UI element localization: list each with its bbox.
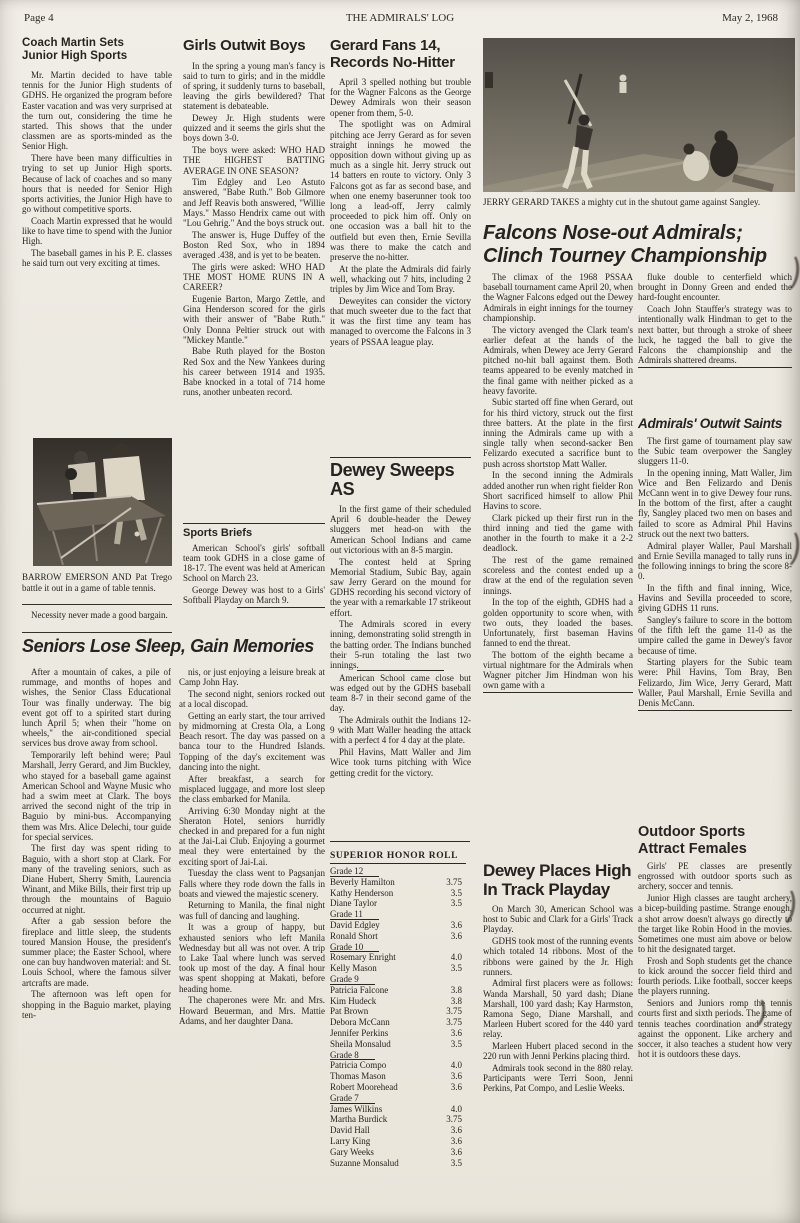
- honor-roll-row: Debora McCann 3.75: [330, 1017, 470, 1028]
- table-tennis-photo: [33, 438, 172, 566]
- paragraph: The contest held at Spring Memorial Stad…: [330, 557, 471, 618]
- table-tennis-caption: BARROW EMERSON AND Pat Trego battle it o…: [22, 572, 172, 593]
- honor-roll-row: Beverly Hamilton 3.75: [330, 877, 470, 888]
- headline-line: Attract Females: [638, 841, 792, 858]
- student-gpa: 3.8: [451, 985, 470, 996]
- honor-roll-row: Grade 7: [330, 1093, 470, 1104]
- honor-roll-row: Kim Hudeck 3.8: [330, 996, 470, 1007]
- paragraph: Returning to Manila, the final night was…: [179, 900, 325, 920]
- paragraph: Eugenie Barton, Margo Zettle, and Gina H…: [183, 294, 325, 345]
- headline-falcons: Falcons Nose-out Admirals; Clinch Tourne…: [483, 222, 795, 268]
- headline-line: Outdoor Sports: [638, 824, 792, 841]
- article-body: Girls' PE classes are presently engrosse…: [638, 861, 792, 1059]
- paragraph: Girls' PE classes are presently engrosse…: [638, 861, 792, 892]
- paragraph: The rest of the game remained scoreless …: [483, 555, 633, 596]
- paragraph: After a mountain of cakes, a pile of rum…: [22, 667, 171, 749]
- honor-roll-row: Martha Burdick 3.75: [330, 1114, 470, 1125]
- article-admirals-outwit: Admirals' Outwit Saints The first game o…: [638, 414, 792, 820]
- student-name: Patricia Falcone: [330, 985, 388, 996]
- article-coach-martin: Coach Martin Sets Junior High Sports Mr.…: [22, 36, 172, 436]
- article-outdoor-sports: Outdoor Sports Attract Females Girls' PE…: [638, 822, 792, 1218]
- honor-roll-row: Kelly Mason 3.5: [330, 963, 470, 974]
- honor-roll-row: David Hall 3.6: [330, 1125, 470, 1136]
- student-name: Robert Moorehead: [330, 1082, 398, 1093]
- student-gpa: 3.6: [451, 920, 470, 931]
- rule-divider: [638, 710, 792, 711]
- student-name: Suzanne Monsalud: [330, 1158, 399, 1169]
- headline-line: In Track Playday: [483, 880, 633, 899]
- honor-roll-row: Grade 8: [330, 1050, 470, 1061]
- rule-divider: [237, 607, 325, 608]
- student-gpa: 3.5: [451, 888, 470, 899]
- headline-dewey-sweeps: Dewey Sweeps AS: [330, 461, 471, 499]
- paragraph: Dewey Jr. High students were quizzed and…: [183, 113, 325, 144]
- paragraph: The boys were asked: WHO HAD THE HIGHEST…: [183, 145, 325, 176]
- honor-roll-row: Gary Weeks 3.6: [330, 1147, 470, 1158]
- student-name: Grade 9: [330, 974, 375, 985]
- headline-line: Junior High Sports: [22, 50, 172, 63]
- paragraph: nis, or just enjoying a leisure break at…: [179, 667, 325, 687]
- article-gerard-fans: Gerard Fans 14, Records No-Hitter April …: [330, 36, 471, 456]
- student-name: Grade 11: [330, 909, 379, 920]
- student-gpa: 3.5: [451, 1158, 470, 1169]
- article-body: Mr. Martin decided to have table tennis …: [22, 70, 172, 268]
- honor-roll-row: Diane Taylor 3.5: [330, 898, 470, 909]
- headline-admirals-outwit: Admirals' Outwit Saints: [638, 416, 792, 432]
- headline-line: Coach Martin Sets: [22, 37, 172, 50]
- baseball-caption: JERRY GERARD TAKES a mighty cut in the s…: [483, 197, 793, 208]
- paragraph: On March 30, American School was host to…: [483, 904, 633, 935]
- paragraph: At the plate the Admirals did fairly wel…: [330, 264, 471, 295]
- student-name: Beverly Hamilton: [330, 877, 395, 888]
- paragraph: fluke double to centerfield which brough…: [638, 272, 792, 303]
- article-body: American School's girls' softball team t…: [183, 543, 325, 606]
- paragraph: Arriving 6:30 Monday night at the Sherat…: [179, 806, 325, 867]
- paragraph: Coach Martin expressed that he would lik…: [22, 216, 172, 247]
- seniors-right-column: nis, or just enjoying a leisure break at…: [179, 667, 325, 1027]
- student-gpa: 3.5: [451, 1039, 470, 1050]
- paragraph: It was a group of happy, but exhausted s…: [179, 922, 325, 993]
- honor-roll-row: Grade 10: [330, 942, 470, 953]
- rule-divider: [483, 692, 633, 693]
- rule-divider: [330, 841, 470, 842]
- paragraph: In the opening inning, Matt Waller, Jim …: [638, 468, 792, 539]
- headline-girls-outwit: Girls Outwit Boys: [183, 38, 325, 55]
- honor-roll-row: Rosemary Enright 4.0: [330, 952, 470, 963]
- honor-roll-row: Patricia Compo 4.0: [330, 1060, 470, 1071]
- student-gpa: 3.6: [451, 1136, 470, 1147]
- paragraph: Frosh and Soph students get the chance t…: [638, 956, 792, 997]
- article-falcons-left: The climax of the 1968 PSSAA baseball to…: [483, 272, 633, 858]
- honor-roll-title: SUPERIOR HONOR ROLL: [330, 850, 466, 864]
- baseball-photo: [483, 38, 795, 192]
- student-name: Gary Weeks: [330, 1147, 374, 1158]
- rule-divider: [22, 632, 172, 633]
- paragraph: Clark picked up their first run in the t…: [483, 513, 633, 554]
- honor-roll-row: Grade 12: [330, 866, 470, 877]
- student-name: Grade 8: [330, 1050, 375, 1061]
- paragraph: The climax of the 1968 PSSAA baseball to…: [483, 272, 633, 323]
- student-name: Jennifer Perkins: [330, 1028, 388, 1039]
- seniors-columns: After a mountain of cakes, a pile of rum…: [22, 667, 325, 1027]
- headline-line: Dewey Places High: [483, 861, 633, 880]
- honor-roll-row: Patricia Falcone 3.8: [330, 985, 470, 996]
- filler-note: Necessity never made a good bargain.: [22, 610, 172, 621]
- student-name: Diane Taylor: [330, 898, 377, 909]
- issue-date: May 2, 1968: [722, 12, 778, 24]
- paragraph: Subic started off fine when Gerard, out …: [483, 397, 633, 468]
- paragraph: In the first game of their scheduled Apr…: [330, 504, 471, 555]
- paragraph: Babe Ruth played for the Boston Red Sox …: [183, 346, 325, 397]
- student-name: Pat Brown: [330, 1006, 368, 1017]
- paragraph: In the fifth and final inning, Wice, Hav…: [638, 583, 792, 614]
- honor-roll-row: Ronald Short 3.6: [330, 931, 470, 942]
- article-girls-outwit: Girls Outwit Boys In the spring a young …: [183, 36, 325, 522]
- article-body: In the spring a young man's fancy is sai…: [183, 61, 325, 398]
- headline-seniors: Seniors Lose Sleep, Gain Memories: [22, 634, 325, 658]
- student-gpa: 4.0: [451, 952, 470, 963]
- paragraph: After a gab session before the fireplace…: [22, 916, 171, 987]
- student-gpa: 4.0: [451, 1060, 470, 1071]
- paragraph: The baseball games in his P. E. classes …: [22, 248, 172, 268]
- student-name: James Wilkins: [330, 1104, 382, 1115]
- honor-roll-row: Kathy Henderson 3.5: [330, 888, 470, 899]
- paragraph: In the spring a young man's fancy is sai…: [183, 61, 325, 112]
- paragraph: Starting players for the Subic team were…: [638, 657, 792, 708]
- student-name: Rosemary Enright: [330, 952, 396, 963]
- student-gpa: 3.75: [446, 1114, 470, 1125]
- honor-roll-row: Pat Brown 3.75: [330, 1006, 470, 1017]
- paragraph: The victory avenged the Clark team's ear…: [483, 325, 633, 396]
- honor-roll-row: Larry King 3.6: [330, 1136, 470, 1147]
- paragraph: In the top of the eighth, GDHS had a gol…: [483, 597, 633, 648]
- student-name: Larry King: [330, 1136, 370, 1147]
- paragraph: April 3 spelled nothing but trouble for …: [330, 77, 471, 118]
- article-body: In the first game of their scheduled Apr…: [330, 504, 471, 778]
- headline-line: Records No-Hitter: [330, 55, 471, 72]
- student-gpa: 3.75: [446, 1006, 470, 1017]
- headline-line: Gerard Fans 14,: [330, 38, 471, 55]
- student-name: Patricia Compo: [330, 1060, 386, 1071]
- paragraph: In the second inning the Admirals added …: [483, 470, 633, 511]
- student-gpa: 3.6: [451, 1082, 470, 1093]
- paragraph: The first day was spent riding to Baguio…: [22, 843, 171, 914]
- student-name: Grade 7: [330, 1093, 375, 1104]
- article-seniors: Seniors Lose Sleep, Gain Memories After …: [22, 634, 325, 1220]
- student-gpa: 3.6: [451, 1147, 470, 1158]
- paragraph: Tim Edgley and Leo Astuto answered, "Bab…: [183, 177, 325, 228]
- paragraph: Admiral first placers were as follows: W…: [483, 978, 633, 1039]
- baseball-illustration: [483, 38, 795, 192]
- honor-roll-row: James Wilkins 4.0: [330, 1104, 470, 1115]
- honor-roll-row: Jennifer Perkins 3.6: [330, 1028, 470, 1039]
- student-name: Kathy Henderson: [330, 888, 393, 899]
- student-gpa: 3.5: [451, 963, 470, 974]
- paragraph: There have been many difficulties in try…: [22, 153, 172, 214]
- headline-gerard-fans: Gerard Fans 14, Records No-Hitter: [330, 38, 471, 71]
- rule-divider: [22, 604, 172, 605]
- headline-track-playday: Dewey Places High In Track Playday: [483, 861, 633, 899]
- paragraph: American School's girls' softball team t…: [183, 543, 325, 584]
- student-name: Martha Burdick: [330, 1114, 387, 1125]
- honor-roll-row: David Edgley 3.6: [330, 920, 470, 931]
- student-name: Grade 10: [330, 942, 379, 953]
- honor-roll-row: Thomas Mason 3.6: [330, 1071, 470, 1082]
- headline-line: Falcons Nose-out Admirals;: [483, 222, 795, 245]
- rule-divider: [330, 457, 471, 458]
- paragraph: American School came close but was edged…: [330, 673, 471, 714]
- paragraph: Temporarily left behind were; Paul Marsh…: [22, 750, 171, 842]
- paragraph: The Admirals scored in every inning, dem…: [330, 619, 471, 671]
- paragraph: The answer is, Huge Duffey of the Boston…: [183, 230, 325, 261]
- paragraph: The chaperones were Mr. and Mrs. Howard …: [179, 995, 325, 1026]
- student-name: Thomas Mason: [330, 1071, 386, 1082]
- rule-divider: [183, 523, 325, 524]
- paragraph: After breakfast, a search for misplaced …: [179, 774, 325, 805]
- headline-coach-martin: Coach Martin Sets Junior High Sports: [22, 37, 172, 63]
- paragraph: George Dewey was host to a Girls' Softba…: [183, 585, 325, 605]
- table-tennis-illustration: [33, 438, 172, 566]
- honor-roll-list: Grade 12 Beverly Hamilton 3.75 Kathy Hen…: [330, 866, 470, 1168]
- article-body: The climax of the 1968 PSSAA baseball to…: [483, 272, 633, 691]
- paragraph: Admiral player Waller, Paul Marshall and…: [638, 541, 792, 582]
- headline-outdoor-sports: Outdoor Sports Attract Females: [638, 824, 792, 857]
- article-falcons-right: fluke double to centerfield which brough…: [638, 272, 792, 412]
- student-name: Grade 12: [330, 866, 379, 877]
- student-name: David Edgley: [330, 920, 380, 931]
- article-sports-briefs: Sports Briefs American School's girls' s…: [183, 522, 325, 632]
- paragraph: The spotlight was on Admiral pitching ac…: [330, 119, 471, 262]
- student-name: Kim Hudeck: [330, 996, 376, 1007]
- paragraph: The second night, seniors rocked out at …: [179, 689, 325, 709]
- student-gpa: 3.6: [451, 1125, 470, 1136]
- student-gpa: 3.75: [446, 877, 470, 888]
- paragraph: Deweyites can consider the victory that …: [330, 296, 471, 347]
- headline-sports-briefs: Sports Briefs: [183, 527, 325, 540]
- article-body: April 3 spelled nothing but trouble for …: [330, 77, 471, 347]
- paragraph: Seniors and Juniors romp the tennis cour…: [638, 998, 792, 1059]
- paragraph: The bottom of the eighth became a virtua…: [483, 650, 633, 691]
- student-gpa: 3.6: [451, 931, 470, 942]
- paragraph: Getting an early start, the tour arrived…: [179, 711, 325, 772]
- paragraph: The girls were asked: WHO HAD THE MOST H…: [183, 262, 325, 293]
- paragraph: Mr. Martin decided to have table tennis …: [22, 70, 172, 152]
- paragraph: The first game of tournament play saw th…: [638, 436, 792, 467]
- student-gpa: 3.6: [451, 1071, 470, 1082]
- honor-roll-row: Sheila Monsalud 3.5: [330, 1039, 470, 1050]
- article-body: fluke double to centerfield which brough…: [638, 272, 792, 365]
- paragraph: Sangley's failure to score in the bottom…: [638, 615, 792, 656]
- newspaper-page: Page 4 THE ADMIRALS' LOG May 2, 1968 Coa…: [0, 0, 800, 1223]
- headline-line: Clinch Tourney Championship: [483, 245, 795, 268]
- article-dewey-sweeps: Dewey Sweeps AS In the first game of the…: [330, 456, 471, 840]
- paragraph: Coach John Stauffer's strategy was to in…: [638, 304, 792, 365]
- student-gpa: 3.8: [451, 996, 470, 1007]
- honor-roll-row: Suzanne Monsalud 3.5: [330, 1158, 470, 1169]
- paragraph: GDHS took most of the running events whi…: [483, 936, 633, 977]
- honor-roll-row: Grade 9: [330, 974, 470, 985]
- student-gpa: 3.6: [451, 1028, 470, 1039]
- student-gpa: 4.0: [451, 1104, 470, 1115]
- student-gpa: 3.5: [451, 898, 470, 909]
- paragraph: Phil Havins, Matt Waller and Jim Wice to…: [330, 747, 471, 778]
- honor-roll-row: Grade 11: [330, 909, 470, 920]
- student-gpa: 3.75: [446, 1017, 470, 1028]
- article-body: On March 30, American School was host to…: [483, 904, 633, 1094]
- paragraph: Tuesday the class went to Pagsanjan Fall…: [179, 868, 325, 899]
- student-name: David Hall: [330, 1125, 370, 1136]
- paragraph: The afternoon was left open for shopping…: [22, 989, 171, 1020]
- article-body: The first game of tournament play saw th…: [638, 436, 792, 709]
- masthead-title: THE ADMIRALS' LOG: [0, 12, 800, 24]
- seniors-left-column: After a mountain of cakes, a pile of rum…: [22, 667, 171, 1027]
- paragraph: The Admirals outhit the Indians 12-9 wit…: [330, 715, 471, 746]
- paragraph: Junior High classes are taught archery, …: [638, 893, 792, 954]
- student-name: Ronald Short: [330, 931, 378, 942]
- honor-roll: SUPERIOR HONOR ROLL Grade 12 Beverly Ham…: [330, 840, 470, 1218]
- honor-roll-row: Robert Moorehead 3.6: [330, 1082, 470, 1093]
- rule-divider: [638, 367, 792, 368]
- paragraph: Marleen Hubert placed second in the 220 …: [483, 1041, 633, 1061]
- article-track-playday: Dewey Places High In Track Playday On Ma…: [483, 860, 633, 1218]
- student-name: Kelly Mason: [330, 963, 377, 974]
- paragraph: Admirals took second in the 880 relay. P…: [483, 1063, 633, 1094]
- student-name: Debora McCann: [330, 1017, 390, 1028]
- student-name: Sheila Monsalud: [330, 1039, 391, 1050]
